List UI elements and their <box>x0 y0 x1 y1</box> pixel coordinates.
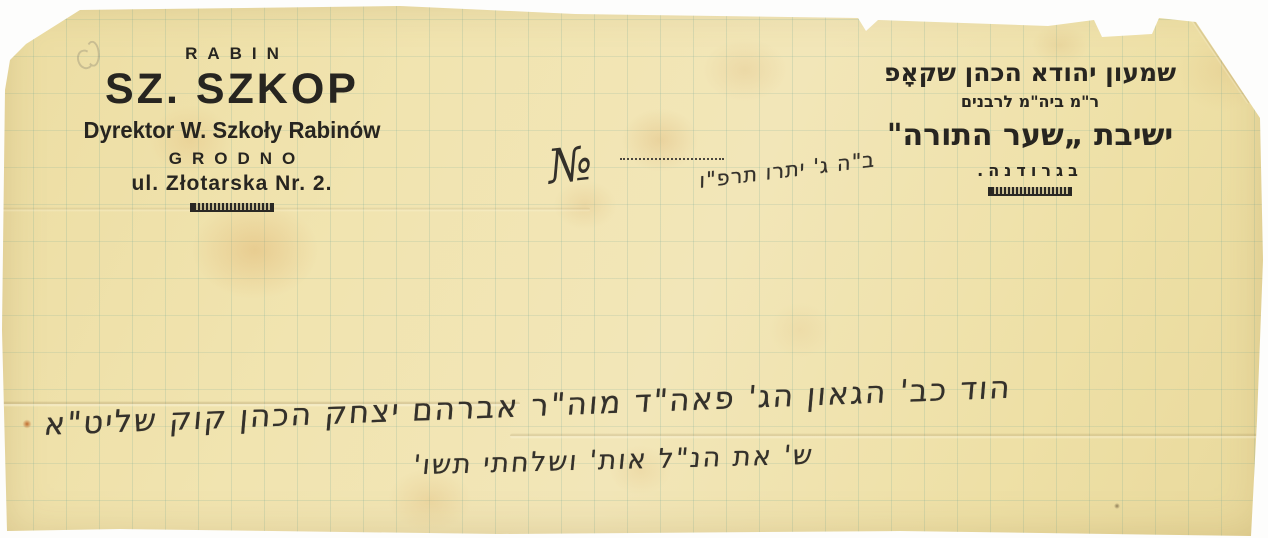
handwritten-line-1: הוד כב' הגאון הג' פאה"ד מוה"ר אברהם יצחק… <box>159 370 1013 439</box>
fold-crease-corner <box>1189 16 1250 104</box>
letterhead-hebrew-name: שמעון יהודא הכהן שקאָפ <box>872 58 1188 87</box>
paper-sheet: RABIN SZ. SZKOP Dyrektor W. Szkoły Rabin… <box>0 0 1268 538</box>
letterhead-title: RABIN <box>60 44 404 64</box>
fold-crease-right <box>510 433 1268 439</box>
letterhead-hebrew-yeshiva: ישיבת „שער התורה" <box>872 118 1188 153</box>
scanned-document: RABIN SZ. SZKOP Dyrektor W. Szkoły Rabin… <box>0 0 1268 538</box>
handwritten-date: ב"ה ג' יתרו תרפ"ו <box>669 147 876 197</box>
letterhead-name: SZ. SZKOP <box>60 65 404 114</box>
numero-symbol: № <box>545 136 595 195</box>
letterhead-right: שמעון יהודא הכהן שקאָפ ר"מ ביה"מ לרבנים … <box>872 58 1188 196</box>
letterhead-left: RABIN SZ. SZKOP Dyrektor W. Szkoły Rabin… <box>60 44 404 212</box>
letterhead-hebrew-role: ר"מ ביה"מ לרבנים <box>872 92 1188 111</box>
letterhead-hebrew-city: בגרודנה. <box>872 161 1188 180</box>
letterhead-role: Dyrektor W. Szkoły Rabinów <box>67 117 397 144</box>
letterhead-address: ul. Złotarska Nr. 2. <box>60 172 404 196</box>
ornament-rule-icon <box>988 187 1072 196</box>
handwritten-line-2: ש' את הנ"ל אות' ושלחתי תשו' <box>335 440 816 484</box>
ornament-rule-icon <box>190 203 274 212</box>
letterhead-city: GRODNO <box>60 149 404 169</box>
numero-dotted-line <box>620 158 724 160</box>
